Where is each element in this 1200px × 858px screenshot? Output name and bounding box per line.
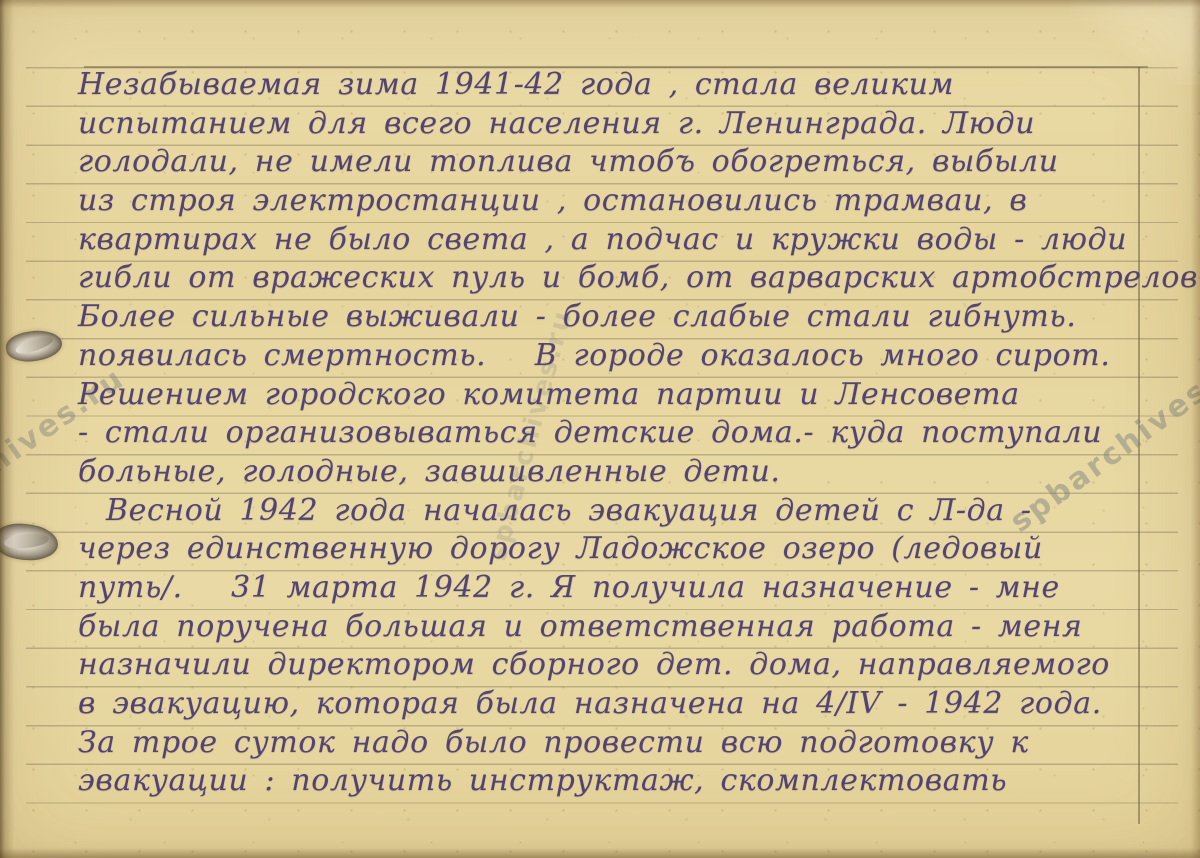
manuscript-line: появилась смертность. В городе оказалось…	[78, 337, 1170, 376]
manuscript-line: голодали, не имели топлива чтобъ обогрет…	[78, 143, 1170, 182]
binding-string	[4, 532, 50, 551]
scanned-document-page: spbarchives.ru spbarchives.ru spbarchive…	[0, 0, 1200, 858]
manuscript-line: была поручена большая и ответственная ра…	[78, 608, 1170, 647]
manuscript-line: Решением городского комитета партии и Ле…	[78, 376, 1170, 415]
manuscript-line: в эвакуацию, которая была назначена на 4…	[78, 685, 1170, 724]
manuscript-line: испытанием для всего населения г. Ленинг…	[78, 105, 1170, 144]
binding-string	[14, 334, 55, 358]
manuscript-line: эвакуации : получить инструктаж, скомпле…	[78, 762, 1170, 801]
handwritten-text-block: Незабываемая зима 1941-42 года , стала в…	[78, 66, 1170, 801]
manuscript-line: Незабываемая зима 1941-42 года , стала в…	[78, 66, 1170, 105]
manuscript-line: - стали организовываться детские дома.- …	[78, 414, 1170, 453]
manuscript-line: через единственную дорогу Ладожское озер…	[78, 530, 1170, 569]
manuscript-line: назначили директором сборного дет. дома,…	[78, 646, 1170, 685]
manuscript-line: Более сильные выживали - более слабые ст…	[78, 298, 1170, 337]
manuscript-line: Весной 1942 года началась эвакуация дете…	[78, 492, 1170, 531]
manuscript-line: больные, голодные, завшивленные дети.	[78, 453, 1170, 492]
manuscript-line: квартирах не было света , а подчас и кру…	[78, 221, 1170, 260]
manuscript-line: За трое суток надо было провести всю под…	[78, 724, 1170, 763]
manuscript-line: гибли от вражеских пуль и бомб, от варва…	[78, 259, 1170, 298]
manuscript-line: из строя электростанции , остановились т…	[78, 182, 1170, 221]
manuscript-line: путь/. 31 марта 1942 г. Я получила назна…	[78, 569, 1170, 608]
